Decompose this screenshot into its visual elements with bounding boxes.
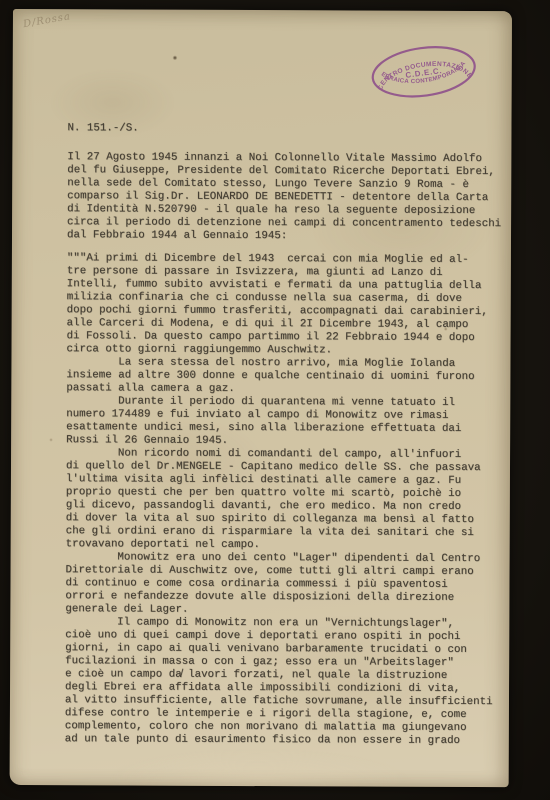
reference-number: N. 151.-/S. (67, 122, 138, 135)
deposition-body: """Ai primi di Dicembre del 1943 cercai … (65, 252, 495, 748)
photo-background: D/Rossa CENTRO DOCUMENTAZIONE C.D.E.C. E… (0, 0, 550, 800)
pencil-annotation: D/Rossa (22, 11, 71, 30)
document-page: D/Rossa CENTRO DOCUMENTAZIONE C.D.E.C. E… (10, 9, 512, 787)
deposition-preamble: Il 27 Agosto 1945 innanzi a Noi Colonnel… (67, 151, 502, 244)
cdec-oval-stamp-icon: CENTRO DOCUMENTAZIONE C.D.E.C. EBRAICA C… (366, 38, 482, 106)
